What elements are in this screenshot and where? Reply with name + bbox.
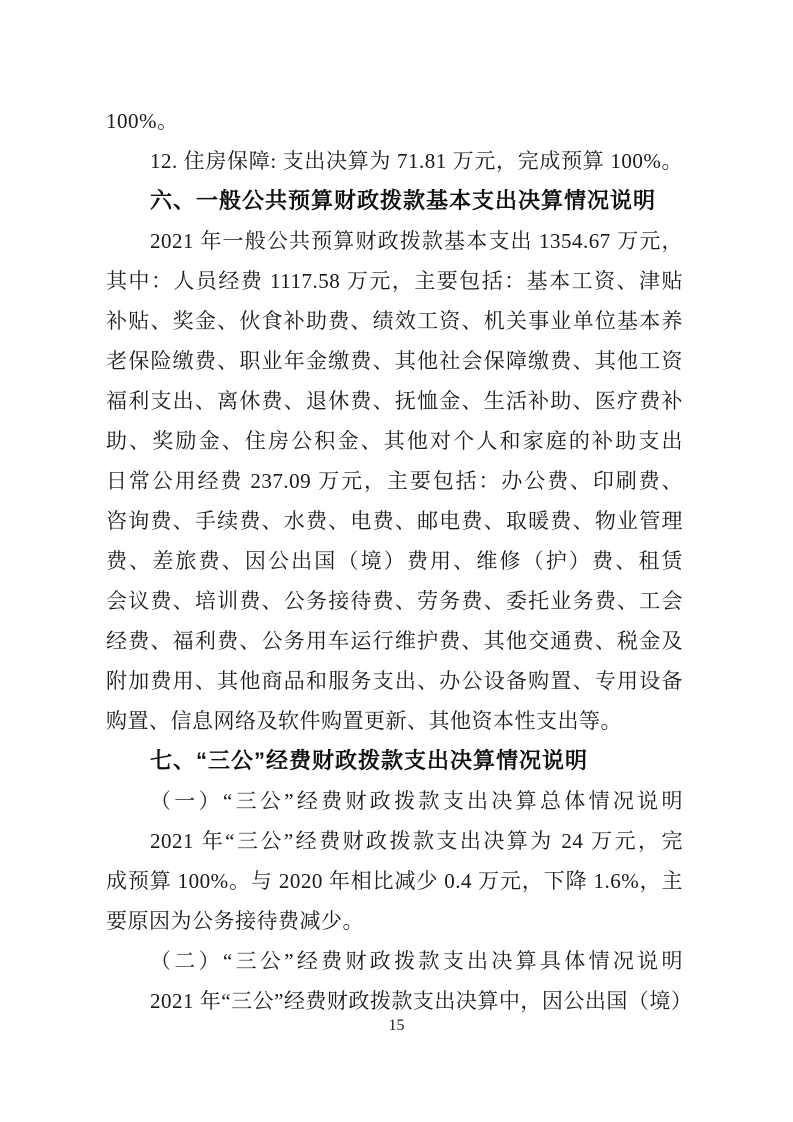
text-line: 会议费、培训费、公务接待费、劳务费、委托业务费、工会	[106, 581, 683, 621]
page-number: 15	[0, 1014, 793, 1038]
text-content: 100%。12. 住房保障: 支出决算为 71.81 万元，完成预算 100%。…	[106, 101, 683, 1021]
text-line: （二）“三公”经费财政拨款支出决算具体情况说明	[106, 941, 683, 981]
text-line: 日常公用经费 237.09 万元，主要包括：办公费、印刷费、	[106, 461, 683, 501]
text-line: 老保险缴费、职业年金缴费、其他社会保障缴费、其他工资	[106, 341, 683, 381]
text-line: 咨询费、手续费、水费、电费、邮电费、取暖费、物业管理	[106, 501, 683, 541]
text-line: 2021 年一般公共预算财政拨款基本支出 1354.67 万元，	[106, 221, 683, 261]
text-line: 12. 住房保障: 支出决算为 71.81 万元，完成预算 100%。	[106, 141, 683, 181]
text-line: 补贴、奖金、伙食补助费、绩效工资、机关事业单位基本养	[106, 301, 683, 341]
text-line: 100%。	[106, 101, 683, 141]
text-line: 要原因为公务接待费减少。	[106, 901, 683, 941]
document-page: 100%。12. 住房保障: 支出决算为 71.81 万元，完成预算 100%。…	[0, 0, 793, 1122]
section-heading: 六、一般公共预算财政拨款基本支出决算情况说明	[106, 181, 683, 221]
text-line: 2021 年“三公”经费财政拨款支出决算为 24 万元，完	[106, 821, 683, 861]
text-line: 经费、福利费、公务用车运行维护费、其他交通费、税金及	[106, 621, 683, 661]
text-line: 费、差旅费、因公出国（境）费用、维修（护）费、租赁费、	[106, 541, 683, 581]
text-line: 成预算 100%。与 2020 年相比减少 0.4 万元，下降 1.6%，主	[106, 861, 683, 901]
text-line: （一）“三公”经费财政拨款支出决算总体情况说明	[106, 781, 683, 821]
text-line: 购置、信息网络及软件购置更新、其他资本性支出等。	[106, 701, 683, 741]
section-heading: 七、“三公”经费财政拨款支出决算情况说明	[106, 741, 683, 781]
text-line: 福利支出、离休费、退休费、抚恤金、生活补助、医疗费补	[106, 381, 683, 421]
text-line: 助、奖励金、住房公积金、其他对个人和家庭的补助支出等。	[106, 421, 683, 461]
text-line: 附加费用、其他商品和服务支出、办公设备购置、专用设备	[106, 661, 683, 701]
text-line: 其中：人员经费 1117.58 万元，主要包括：基本工资、津贴	[106, 261, 683, 301]
